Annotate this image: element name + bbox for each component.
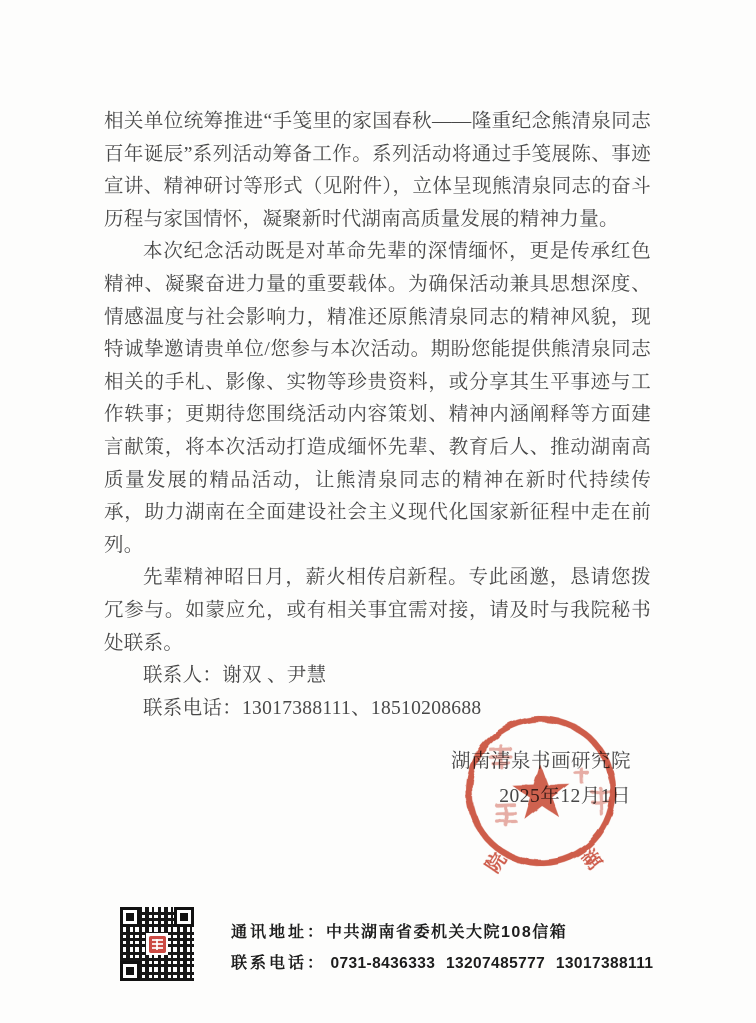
address-label: 通讯地址：	[231, 924, 326, 941]
signature-organization: 湖南清泉书画研究院	[451, 744, 631, 779]
contact-phone-line: 联系电话：13017388111、18510208688	[104, 693, 651, 726]
contact-person-line: 联系人：谢双 、尹慧	[104, 660, 651, 693]
qr-finder-top-right	[174, 907, 194, 927]
footer-phone-line: 联系电话： 0731-8436333 13207485777 130173881…	[231, 948, 653, 979]
qr-code-icon	[120, 907, 194, 981]
qr-finder-bottom-left	[120, 961, 140, 981]
paragraph-1: 相关单位统筹推进“手笺里的家国春秋——隆重纪念熊清泉同志百年诞辰”系列活动筹备工…	[104, 106, 651, 236]
svg-text:湖南清泉书画研究院: 湖南清泉书画研究院	[473, 844, 617, 877]
paragraph-3: 先辈精神昭日月，薪火相传启新程。专此函邀，恳请您拨冗参与。如蒙应允，或有相关事宜…	[104, 562, 651, 660]
footer-contact-block: 通讯地址：中共湖南省委机关大院108信箱 联系电话： 0731-8436333 …	[231, 917, 653, 979]
qr-center-seal-logo	[146, 933, 168, 955]
qr-center-seal-logo-inner	[149, 936, 166, 953]
paragraph-2: 本次纪念活动既是对革命先辈的深情缅怀，更是传承红色精神、凝聚奋进力量的重要载体。…	[104, 236, 651, 562]
signature-date: 2025年12月1日	[451, 779, 631, 814]
phone-label: 联系电话：	[231, 955, 326, 972]
footer-address-line: 通讯地址：中共湖南省委机关大院108信箱	[231, 917, 653, 948]
address-value: 中共湖南省委机关大院108信箱	[326, 924, 567, 941]
qr-finder-top-left	[120, 907, 140, 927]
signature-block: 湖南清泉书画研究院 2025年12月1日	[451, 744, 631, 814]
letter-body: 相关单位统筹推进“手笺里的家国春秋——隆重纪念熊清泉同志百年诞辰”系列活动筹备工…	[104, 106, 651, 725]
seal-ring-text: 湖南清泉书画研究院	[473, 844, 617, 877]
phone-value: 0731-8436333 13207485777 13017388111	[330, 955, 653, 972]
scanned-letter-page: 相关单位统筹推进“手笺里的家国春秋——隆重纪念熊清泉同志百年诞辰”系列活动筹备工…	[0, 0, 756, 1023]
